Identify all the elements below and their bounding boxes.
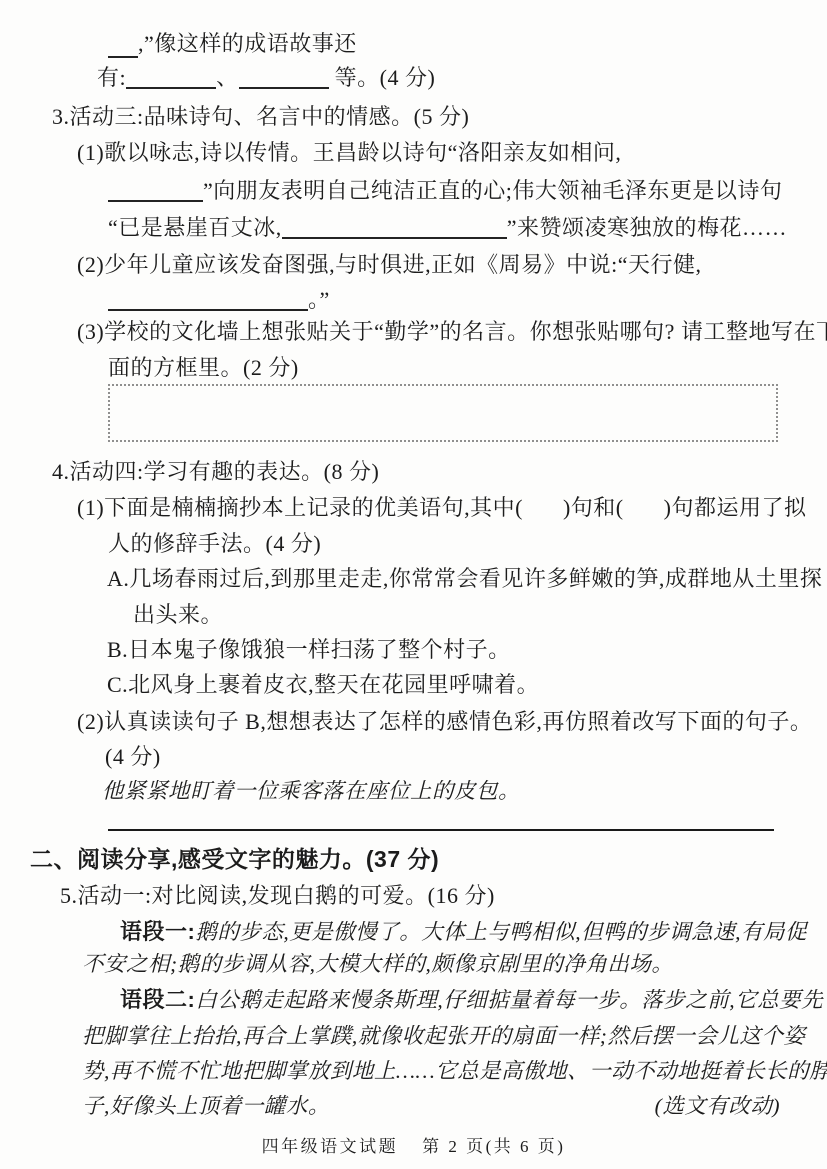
q5-passage2-line4: 子,好像头上顶着一罐水。(选文有改动) [82, 1092, 780, 1120]
passage2-line2-text: 把脚掌往上抬抬,再合上掌蹼,就像收起张开的扇面一样;然后摆一会儿这个姿 [82, 1024, 805, 1048]
q5-passage2-line3: 势,再不慌不忙地把脚掌放到地上……它总是高傲地、一动不动地挺着长长的脖 [82, 1057, 827, 1085]
q3-item1-line2-text: ”向朋友表明自己纯洁正直的心;伟大领袖毛泽东更是以诗句 [203, 178, 782, 203]
q3-item3-line1: (3)学校的文化墙上想张贴关于“勤学”的名言。你想张贴哪句? 请工整地写在下 [77, 318, 827, 346]
q5-passage2-line2: 把脚掌往上抬抬,再合上掌蹼,就像收起张开的扇面一样;然后摆一会儿这个姿 [82, 1022, 805, 1050]
q4-item2-line2-text: (4 分) [105, 744, 161, 769]
q2-line2-pre: 有: [97, 65, 126, 90]
q5-passage1-line1: 语段一:鹅的步态,更是傲慢了。大体上与鸭相似,但鸭的步调急速,有局促 [120, 918, 807, 946]
q3-item2-text: (2)少年儿童应该发奋图强,与时俱进,正如《周易》中说:“天行健, [77, 251, 702, 279]
q3-item1-line3b-text: ”来赞颂凌寒独放的梅花…… [507, 215, 787, 240]
footer-page-number: 第 2 页(共 6 页) [422, 1137, 565, 1156]
q4-item2-sentence-text: 他紧紧地盯着一位乘客落在座位上的皮包。 [102, 779, 520, 803]
q4-item1-line1a-text: (1)下面是楠楠摘抄本上记录的优美语句,其中( [77, 495, 523, 520]
answer-blank [126, 67, 216, 89]
q4-option-a-line2: 出头来。 [133, 601, 223, 629]
q3-item2-line2-text: 。” [308, 287, 330, 312]
q3-header-text: 3.活动三:品味诗句、名言中的情感。(5 分) [52, 104, 469, 129]
answer-blank [108, 36, 138, 58]
q4-item2-line1: (2)认真读读句子 B,想想表达了怎样的感情色彩,再仿照着改写下面的句子。 [77, 708, 812, 736]
q4-item1-line2-text: 人的修辞手法。(4 分) [108, 531, 321, 556]
section2-header: 二、阅读分享,感受文字的魅力。(37 分) [30, 845, 439, 873]
q2-line1-text: ”像这样的成语故事还 [144, 30, 357, 58]
q4-option-c-text: C.北风身上裹着皮衣,整天在花园里呼啸着。 [107, 672, 539, 697]
q3-item1-line3a-text: “已是悬崖百丈冰, [108, 215, 282, 240]
q3-item2-line1: (2)少年儿童应该发奋图强,与时俱进,正如《周易》中说:“天行健, [77, 251, 805, 279]
q5-passage1-line2: 不安之相;鹅的步调从容,大模大样的,颇像京剧里的净角出场。 [82, 950, 673, 978]
page-footer: 四年级语文试题第 2 页(共 6 页) [0, 1132, 827, 1157]
q4-header: 4.活动四:学习有趣的表达。(8 分) [52, 458, 379, 486]
section-divider-line [108, 829, 774, 831]
q4-item1-line1c-text: )句都运用了拟 [664, 495, 807, 520]
q3-item1-line3: “已是悬崖百丈冰,”来赞颂凌寒独放的梅花…… [108, 214, 787, 242]
passage2-line4-text: 子,好像头上顶着一罐水。 [82, 1092, 330, 1120]
q5-header-text: 5.活动一:对比阅读,发现白鹅的可爱。(16 分) [60, 883, 495, 908]
q3-item3-line1-text: (3)学校的文化墙上想张贴关于“勤学”的名言。你想张贴哪句? 请工整地写在下 [77, 319, 827, 344]
q4-item2-line2: (4 分) [105, 743, 161, 771]
q5-header: 5.活动一:对比阅读,发现白鹅的可爱。(16 分) [60, 882, 495, 910]
q4-option-a-line2-text: 出头来。 [133, 602, 223, 627]
section2-header-text: 二、阅读分享,感受文字的魅力。(37 分) [30, 846, 439, 872]
answer-blank [282, 217, 507, 239]
footer-doc-title: 四年级语文试题 [262, 1137, 399, 1156]
passage1-label: 语段一: [120, 919, 195, 944]
answer-blank [239, 67, 329, 89]
q4-option-c: C.北风身上裹着皮衣,整天在花园里呼啸着。 [107, 671, 539, 699]
q2-continuation-line1: ,”像这样的成语故事还 [108, 30, 805, 58]
q3-header: 3.活动三:品味诗句、名言中的情感。(5 分) [52, 103, 469, 131]
q2-continuation-line2: 有:、 等。(4 分) [97, 64, 435, 92]
q2-line2-sep: 、 [216, 65, 239, 90]
q4-item2-line1-text: (2)认真读读句子 B,想想表达了怎样的感情色彩,再仿照着改写下面的句子。 [77, 709, 812, 734]
answer-blank [108, 180, 203, 202]
exam-paper-page: ,”像这样的成语故事还 有:、 等。(4 分) 3.活动三:品味诗句、名言中的情… [0, 0, 827, 1169]
q4-item2-sentence: 他紧紧地盯着一位乘客落在座位上的皮包。 [102, 777, 520, 805]
q3-item2-line2: 。” [108, 286, 330, 314]
q4-option-b: B.日本鬼子像饿狼一样扫荡了整个村子。 [107, 636, 511, 664]
q4-option-b-text: B.日本鬼子像饿狼一样扫荡了整个村子。 [107, 637, 511, 662]
answer-blank [108, 289, 308, 311]
q4-item1-line2: 人的修辞手法。(4 分) [108, 530, 321, 558]
passage2-line3-text: 势,再不慌不忙地把脚掌放到地上……它总是高傲地、一动不动地挺着长长的脖 [82, 1059, 827, 1083]
q3-item3-line2: 面的方框里。(2 分) [108, 354, 299, 382]
passage2-line1-text: 白公鹅走起路来慢条斯理,仔细掂量着每一步。落步之前,它总要先 [195, 988, 823, 1012]
answer-box [108, 384, 778, 442]
passage1-line2-text: 不安之相;鹅的步调从容,大模大样的,颇像京剧里的净角出场。 [82, 952, 673, 976]
q4-header-text: 4.活动四:学习有趣的表达。(8 分) [52, 459, 379, 484]
q3-item1-line1: (1)歌以咏志,诗以传情。王昌龄以诗句“洛阳亲友如相问, [77, 139, 805, 167]
q5-passage2-line1: 语段二:白公鹅走起路来慢条斯理,仔细掂量着每一步。落步之前,它总要先 [120, 986, 823, 1014]
source-note: (选文有改动) [655, 1092, 780, 1120]
q4-option-a-text: A.几场春雨过后,到那里走走,你常常会看见许多鲜嫩的笋,成群地从土里探 [107, 566, 822, 591]
q4-item1-line1: (1)下面是楠楠摘抄本上记录的优美语句,其中()句和()句都运用了拟 [77, 494, 806, 522]
q2-line2-tail: 等。(4 分) [335, 65, 436, 90]
q4-item1-line1b-text: )句和( [563, 495, 624, 520]
passage1-line1-text: 鹅的步态,更是傲慢了。大体上与鸭相似,但鸭的步调急速,有局促 [195, 920, 807, 944]
q3-item3-line2-text: 面的方框里。(2 分) [108, 355, 299, 380]
q4-option-a-line1: A.几场春雨过后,到那里走走,你常常会看见许多鲜嫩的笋,成群地从土里探 [107, 565, 822, 593]
passage2-label: 语段二: [120, 987, 195, 1012]
q3-item1-text: (1)歌以咏志,诗以传情。王昌龄以诗句“洛阳亲友如相问, [77, 139, 621, 167]
q3-item1-line2: ”向朋友表明自己纯洁正直的心;伟大领袖毛泽东更是以诗句 [108, 177, 782, 205]
